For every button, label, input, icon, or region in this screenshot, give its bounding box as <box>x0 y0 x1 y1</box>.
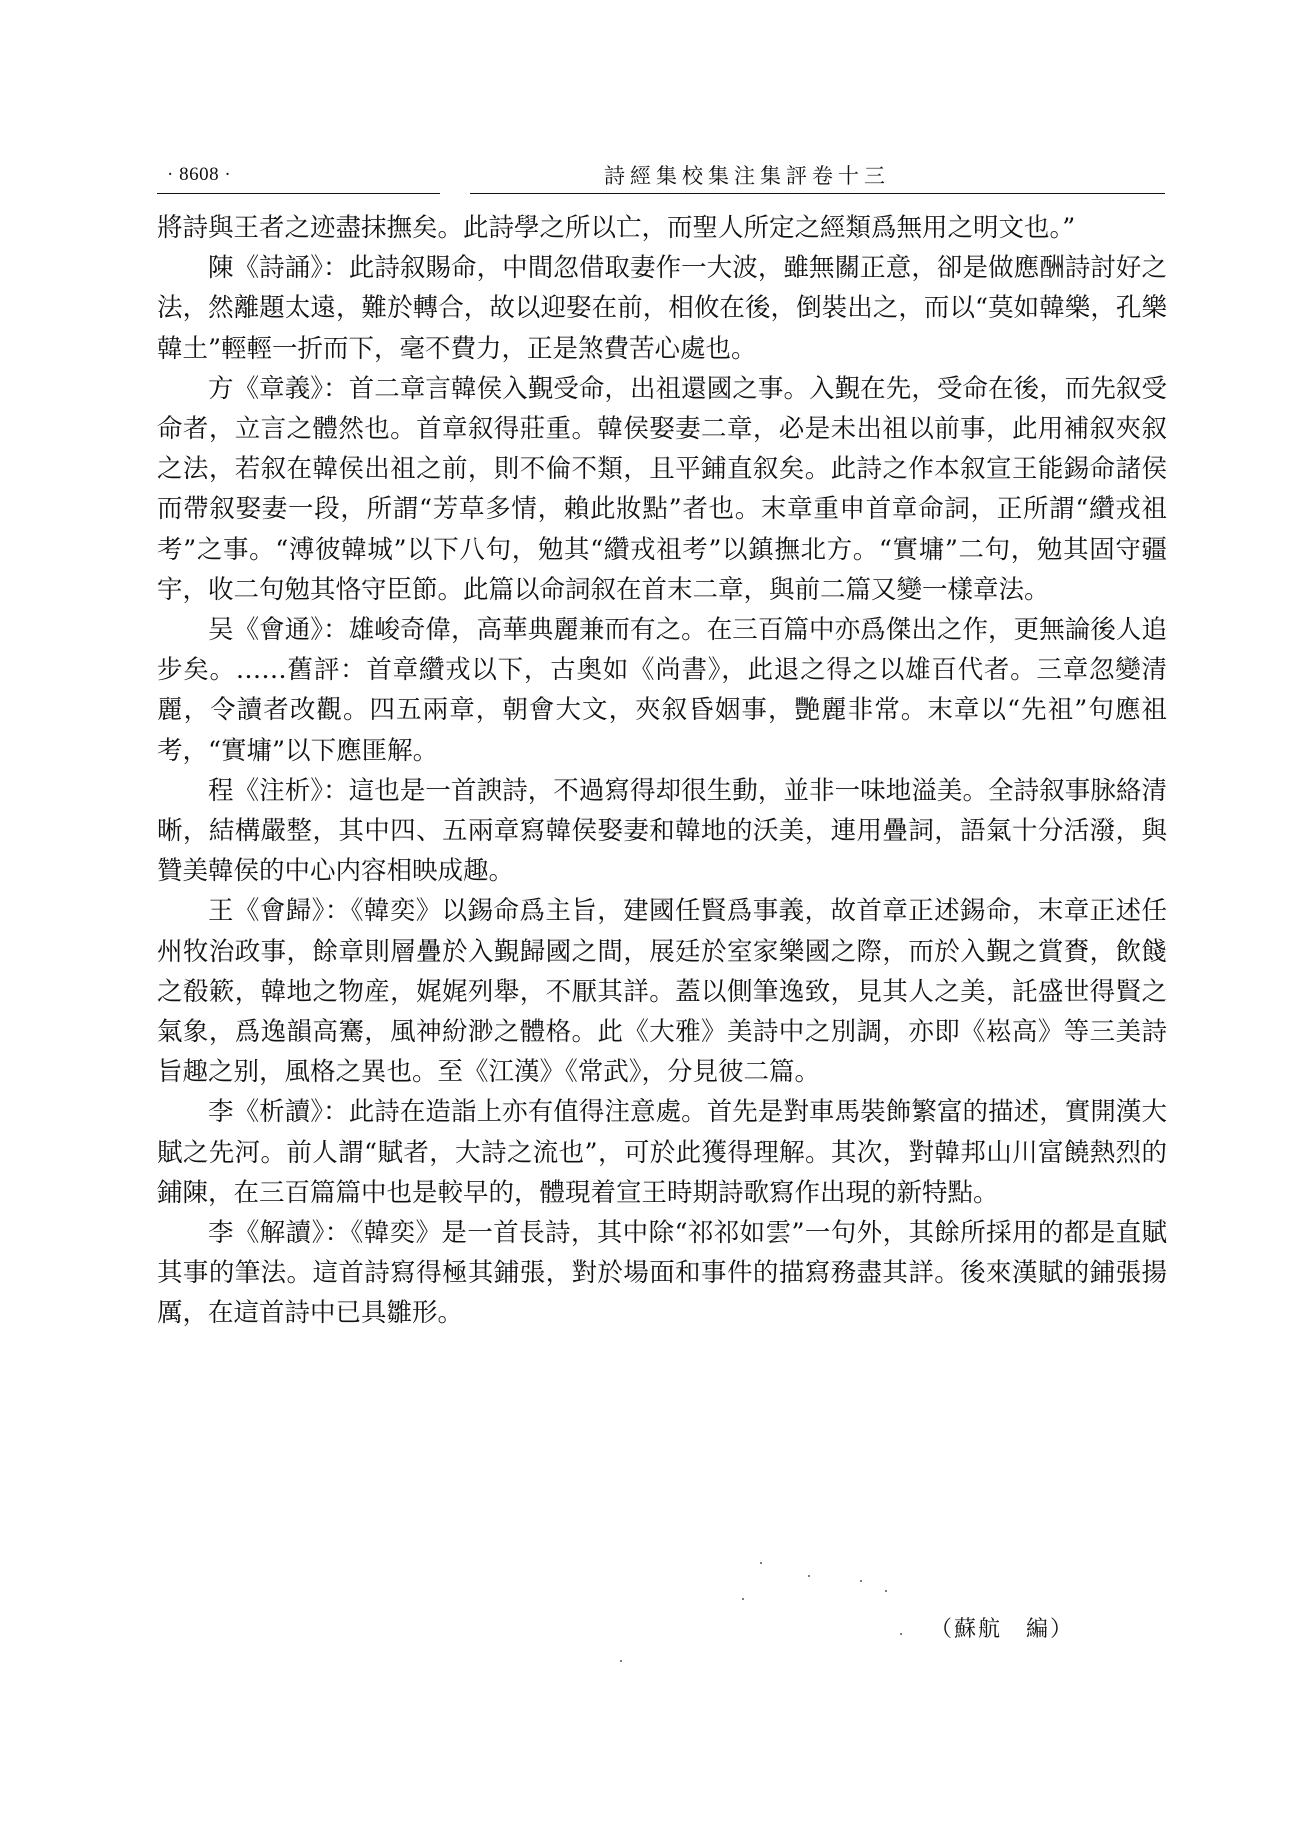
editor-signature: （蘇航 編） <box>930 1612 1074 1643</box>
paragraph-li-jiedu: 李《解讀》：《韓奕》是一首長詩，其中除“祁祁如雲”一句外，其餘所採用的都是直賦其… <box>157 1213 1167 1334</box>
paragraph-cheng-zhuxi: 程《注析》：這也是一首諛詩，不過寫得却很生動，並非一味地溢美。全詩叙事脉絡清晰，… <box>157 771 1167 892</box>
scan-speck <box>860 1580 862 1582</box>
paragraph-wu-huitong: 吴《會通》：雄峻奇偉，高華典麗兼而有之。在三百篇中亦爲傑出之作，更無論後人追步矣… <box>157 610 1167 771</box>
running-title: 詩經集校集注集評卷十三 <box>527 160 967 190</box>
scan-speck <box>760 1562 762 1564</box>
body-text: 將詩與王者之迹盡抹撫矣。此詩學之所以亡，而聖人所定之經類爲無用之明文也。” 陳《… <box>157 208 1167 1334</box>
paragraph-fang-zhangyi: 方《章義》：首二章言韓侯入覲受命，出祖還國之事。入覲在先，受命在後，而先叙受命者… <box>157 369 1167 610</box>
page-header: · 8608 · 詩經集校集注集評卷十三 <box>157 160 1165 200</box>
paragraph-li-xidu: 李《析讀》：此詩在造詣上亦有值得注意處。首先是對車馬裝飾繁富的描述，實開漢大賦之… <box>157 1092 1167 1213</box>
page-number: · 8608 · <box>167 164 231 186</box>
paragraph-continuation: 將詩與王者之迹盡抹撫矣。此詩學之所以亡，而聖人所定之經類爲無用之明文也。” <box>157 208 1167 248</box>
header-rule-left <box>157 193 440 194</box>
scan-speck <box>620 1660 622 1662</box>
paragraph-chen-shisong: 陳《詩誦》：此詩叙賜命，中間忽借取妻作一大波，雖無關正意，卻是做應酬詩討好之法，… <box>157 248 1167 369</box>
scan-speck <box>808 1575 810 1577</box>
scan-speck <box>742 1598 744 1600</box>
scan-speck <box>885 1590 887 1592</box>
paragraph-wang-huigui: 王《會歸》：《韓奕》以錫命爲主旨，建國任賢爲事義，故首章正述錫命，末章正述任州牧… <box>157 891 1167 1092</box>
header-rule-right <box>470 193 1165 194</box>
scan-speck <box>900 1633 902 1635</box>
